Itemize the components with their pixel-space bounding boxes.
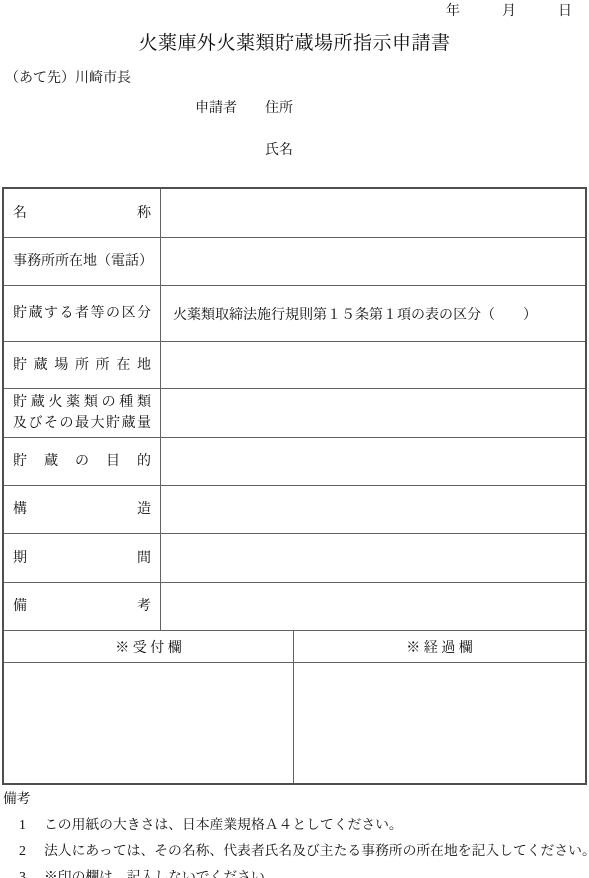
- row-label-explosive-type-quantity: 貯蔵火薬類の種類 及びその最大貯蔵量: [4, 389, 161, 437]
- table-row-structure: 構造: [4, 485, 585, 533]
- table-row-period: 期間: [4, 533, 585, 582]
- application-form-page: 年 月 日 火薬庫外火薬類貯蔵場所指示申請書 （あて先）川崎市長 申請者 住所 …: [0, 0, 589, 878]
- progress-stamp-cell: [294, 663, 585, 783]
- row-value-explosive-type-quantity: [161, 389, 585, 437]
- row-label-storage-location: 貯蔵場所所在地: [4, 342, 161, 388]
- stamp-header-row: ※ 受 付 欄 ※ 経 過 欄: [4, 630, 585, 662]
- applicant-name-label: 氏名: [265, 142, 293, 160]
- row-value-storage-location: [161, 342, 585, 388]
- note-number: 1: [19, 816, 44, 833]
- row-label-period: 期間: [4, 534, 161, 582]
- row-label-storer-category: 貯蔵する者等の区分: [4, 286, 161, 341]
- row-label-remarks: 備考: [4, 583, 161, 630]
- date-line: 年 月 日: [0, 3, 572, 20]
- row-value-remarks: [161, 583, 585, 630]
- row-label-structure: 構造: [4, 486, 161, 533]
- row-value-storage-purpose: [161, 438, 585, 485]
- receipt-column-header: ※ 受 付 欄: [4, 631, 294, 662]
- row-label-storage-purpose: 貯蔵の目的: [4, 438, 161, 485]
- receipt-stamp-cell: [4, 663, 294, 783]
- note-number: 2: [19, 842, 44, 859]
- applicant-address-label: 申請者 住所: [195, 100, 293, 118]
- addressee-line: （あて先）川崎市長: [5, 70, 131, 88]
- note-item-corporation: 2 法人にあっては、その名称、代表者氏名及び主たる事務所の所在地を記入してくださ…: [0, 842, 589, 859]
- note-item-paper-size: 1 この用紙の大きさは、日本産業規格Ａ４としてください。: [0, 816, 589, 833]
- note-number: 3: [19, 868, 44, 878]
- table-row-storage-location: 貯蔵場所所在地: [4, 341, 585, 388]
- table-row-storage-purpose: 貯蔵の目的: [4, 437, 585, 485]
- table-row-explosive-type-quantity: 貯蔵火薬類の種類 及びその最大貯蔵量: [4, 388, 585, 437]
- row-value-name: [161, 189, 585, 237]
- page-title: 火薬庫外火薬類貯蔵場所指示申請書: [0, 31, 589, 57]
- table-row-name: 名称: [4, 189, 585, 237]
- note-text: この用紙の大きさは、日本産業規格Ａ４としてください。: [44, 816, 403, 833]
- row-label-name: 名称: [4, 189, 161, 237]
- note-text: ※印の欄は、記入しないでください。: [44, 868, 279, 878]
- row-value-structure: [161, 486, 585, 533]
- form-table: 名称 事務所所在地（電話） 貯蔵する者等の区分 火薬類取締法施行規則第１５条第１…: [2, 187, 587, 785]
- table-row-remarks: 備考: [4, 582, 585, 630]
- row-value-storer-category: 火薬類取締法施行規則第１５条第１項の表の区分（ ）: [161, 286, 585, 341]
- notes-heading: 備考: [3, 790, 589, 807]
- row-label-office-address: 事務所所在地（電話）: [4, 238, 161, 285]
- row-value-office-address: [161, 238, 585, 285]
- progress-column-header: ※ 経 過 欄: [294, 631, 585, 662]
- stamp-body-row: [4, 662, 585, 783]
- note-item-do-not-fill: 3 ※印の欄は、記入しないでください。: [0, 868, 589, 878]
- row-value-period: [161, 534, 585, 582]
- note-text: 法人にあっては、その名称、代表者氏名及び主たる事務所の所在地を記入してください。: [44, 842, 589, 859]
- notes-section: 備考 1 この用紙の大きさは、日本産業規格Ａ４としてください。 2 法人にあって…: [0, 790, 589, 878]
- table-row-office-address: 事務所所在地（電話）: [4, 237, 585, 285]
- table-row-storer-category: 貯蔵する者等の区分 火薬類取締法施行規則第１５条第１項の表の区分（ ）: [4, 285, 585, 341]
